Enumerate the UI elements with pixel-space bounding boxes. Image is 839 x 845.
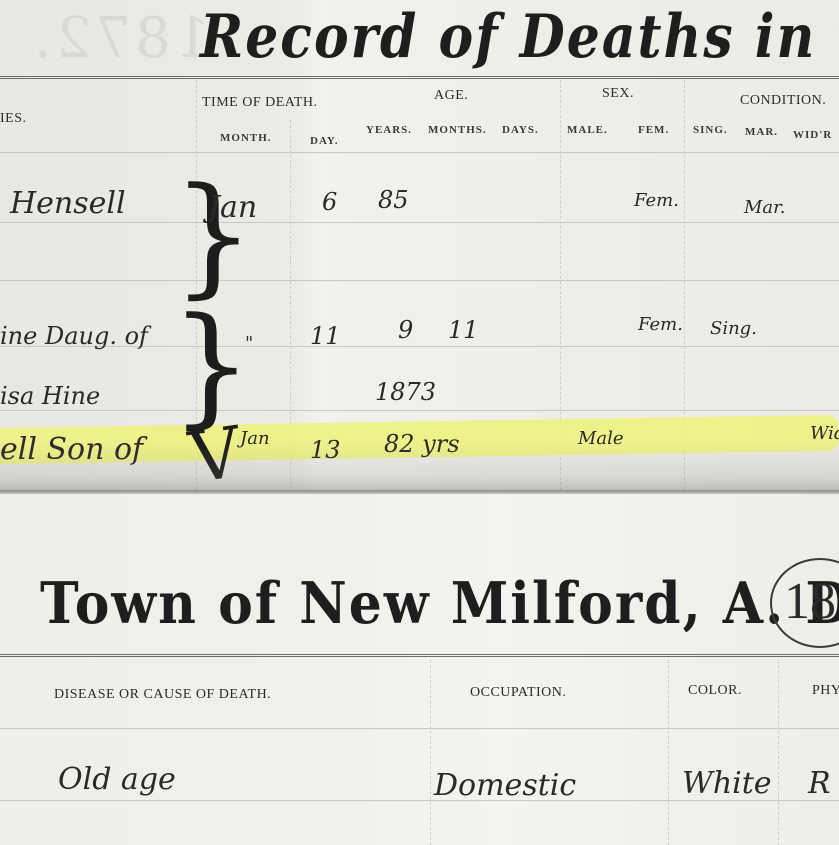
row-rule — [0, 280, 839, 281]
entry-3-sex: Male — [578, 428, 624, 449]
bleed-through-year: 1872. — [30, 6, 210, 71]
column-divider — [668, 660, 669, 845]
entry-physician-partial: R — [808, 766, 831, 801]
town-title: Town of New Milford, A. D. — [40, 570, 839, 637]
subheader-fem: FEM. — [638, 124, 669, 136]
title-rule — [0, 76, 839, 79]
entry-disease: Old age — [58, 762, 176, 797]
entry-occupation: Domestic — [434, 768, 576, 803]
entry-color: White — [682, 766, 772, 801]
entry-3-years: 82 yrs — [384, 430, 460, 458]
entry-1-sex: Fem. — [634, 190, 679, 211]
header-time-of-death: TIME OF DEATH. — [202, 95, 318, 111]
entry-1-month: Jan — [208, 190, 257, 225]
subheader-mar: MAR. — [745, 126, 778, 138]
entry-2-sex: Fem. — [638, 314, 683, 335]
entry-1-years: 85 — [378, 186, 409, 214]
entry-1-condition: Mar. — [744, 197, 786, 218]
entry-2-day: 11 — [310, 322, 341, 350]
entry-2-months: 9 — [398, 316, 413, 344]
entry-1-name: Hensell — [10, 186, 126, 221]
header-color: COLOR. — [688, 683, 742, 699]
entry-2-days: 11 — [448, 316, 479, 344]
entry-1-day: 6 — [322, 188, 337, 216]
entry-3-month: Jan — [240, 428, 270, 449]
subheader-month: MONTH. — [220, 132, 272, 144]
column-divider — [430, 660, 431, 845]
column-divider — [778, 660, 779, 845]
title-rule — [0, 654, 839, 657]
brace-icon: V — [185, 417, 245, 492]
year-partial: 18 — [784, 572, 836, 631]
header-names-partial: IES. — [0, 111, 27, 127]
brace-icon: } — [170, 300, 253, 430]
entry-2-name-line1: ine Daug. of — [0, 322, 148, 350]
record-title: Record of Deaths in the — [200, 2, 839, 72]
entry-2-month-ditto: " — [245, 333, 253, 354]
header-sex: SEX. — [602, 86, 634, 102]
header-disease: DISEASE OR CAUSE OF DEATH. — [54, 687, 271, 703]
subheader-months: MONTHS. — [428, 124, 487, 136]
record-sheet-top: 1872. Record of Deaths in the IES. TIME … — [0, 0, 839, 492]
entry-3-name: ell Son of — [0, 432, 143, 467]
subheader-days: DAYS. — [502, 124, 539, 136]
header-age: AGE. — [434, 88, 468, 104]
subheader-male: MALE. — [567, 124, 608, 136]
row-rule — [0, 410, 839, 411]
subheader-years: YEARS. — [366, 124, 412, 136]
entry-2-condition: Sing. — [710, 318, 757, 339]
entry-2-year-note: 1873 — [375, 378, 436, 406]
header-physician-partial: PHY — [812, 683, 839, 699]
subheader-widr: WID'R — [793, 129, 832, 141]
subheader-sing: SING. — [693, 124, 728, 136]
header-occupation: OCCUPATION. — [470, 685, 566, 701]
subheader-day: DAY. — [310, 135, 339, 147]
row-rule — [0, 222, 839, 223]
entry-2-name-line2: isa Hine — [0, 382, 100, 410]
header-condition: CONDITION. — [740, 93, 826, 109]
entry-3-condition: Wid — [810, 423, 839, 444]
header-rule — [0, 152, 839, 153]
entry-3-day: 13 — [310, 436, 341, 464]
header-rule — [0, 728, 839, 729]
